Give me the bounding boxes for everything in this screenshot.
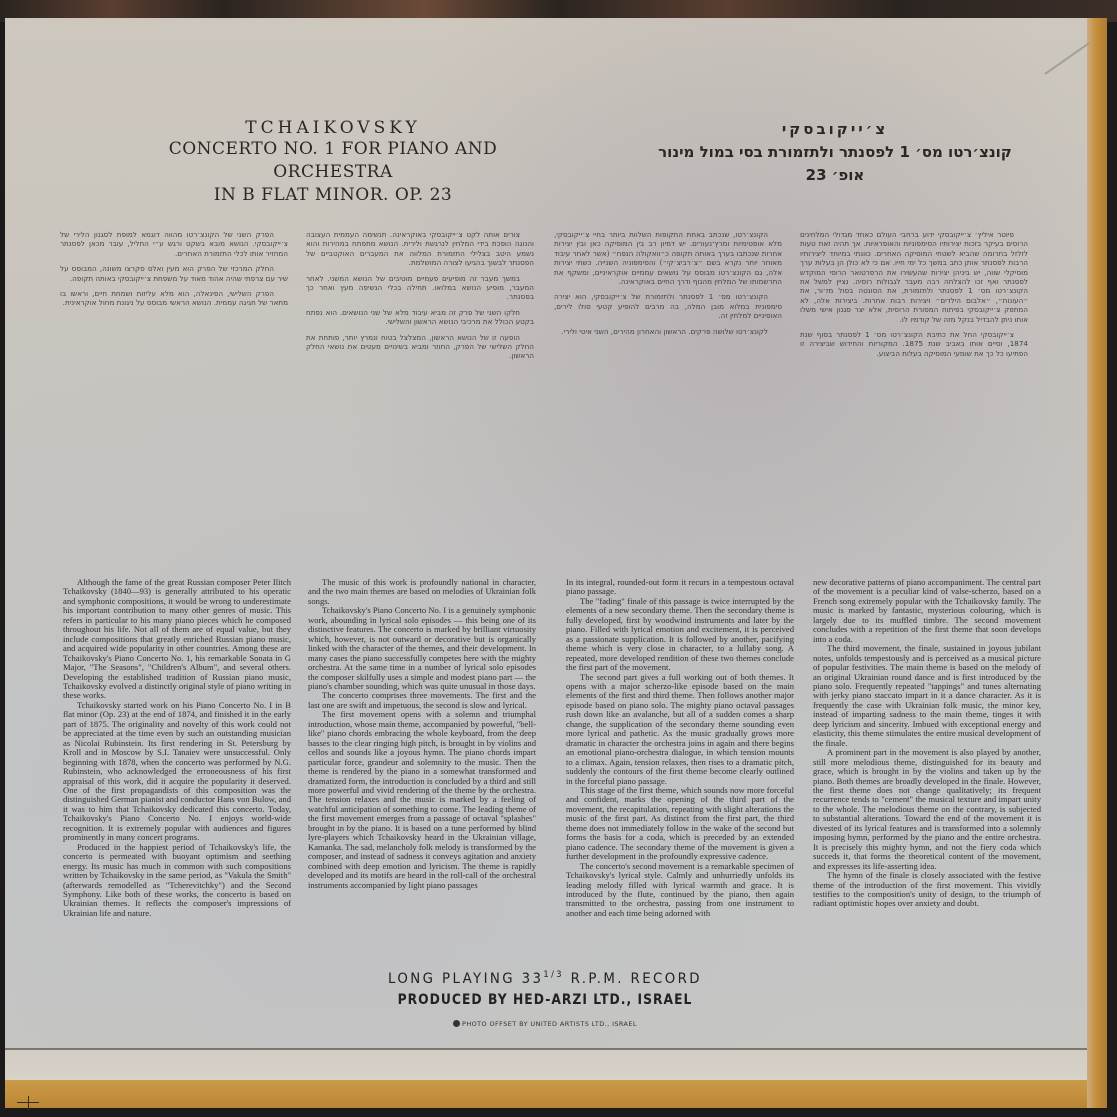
printed-panel: TCHAIKOVSKY CONCERTO NO. 1 FOR PIANO AND…	[5, 18, 1087, 1050]
hebrew-column-3: צורים אותה לקט צ׳ייקובסקי באוקראינה. תנש…	[306, 230, 534, 367]
hebrew-column-1: פיוטר איליץ׳ צ׳ייקובסקי ידוע ברחבי העולם…	[800, 230, 1028, 364]
english-paragraph: The concerto comprises three movements. …	[308, 691, 536, 710]
work-title-he: קונצ׳רטו מס׳ 1 לפסנתר ולתזמורת בסי במול …	[615, 141, 1055, 164]
hebrew-paragraph: לקונצ׳רטו שלושה פרקים. הראשון והאחרון מה…	[554, 327, 782, 336]
bottom-fold-strip	[5, 1050, 1087, 1082]
work-key-en: IN B FLAT MINOR. OP. 23	[113, 184, 553, 207]
english-paragraph: The concerto's second movement is a rema…	[566, 862, 794, 919]
printer-logo-icon	[453, 1020, 460, 1027]
english-paragraph: Although the fame of the great Russian c…	[63, 578, 291, 701]
english-paragraph: The first movement opens with a solemn a…	[308, 710, 536, 890]
producer-label: PRODUCED BY HED-ARZI LTD., ISRAEL	[367, 990, 724, 1010]
hebrew-paragraph: הקונצ׳רטו מס׳ 1 לפסנתר ולתזמורת של צ׳ייק…	[554, 292, 782, 320]
long-playing-label: LONG PLAYING 331/3 R.P.M. RECORD	[352, 964, 738, 990]
bottom-glue-flap	[5, 1080, 1107, 1108]
english-column-1: Although the fame of the great Russian c…	[63, 578, 291, 918]
hebrew-paragraph: הפרק השלישי, הפינאלה, הוא מלא עליזות ושמ…	[60, 289, 288, 308]
hebrew-paragraph: חלקו השני של פרק זה מביא עיבוד מלא של שנ…	[306, 308, 534, 327]
hebrew-paragraph: הופעה זו של הנושא הראשון, המצלצל בטוח ונ…	[306, 333, 534, 361]
english-paragraph: In its integral, rounded-out form it rec…	[566, 578, 794, 597]
hebrew-paragraph: צ׳ייקובסקי החל את כתיבת הקונצ׳רטו מס׳ 1 …	[800, 330, 1028, 358]
english-paragraph: new decorative patterns of piano accompa…	[813, 578, 1041, 644]
english-column-3: In its integral, rounded-out form it rec…	[566, 578, 794, 918]
registration-mark-icon	[17, 1096, 39, 1110]
english-paragraph: The "fading" finale of this passage is t…	[566, 597, 794, 673]
hebrew-paragraph: פיוטר איליץ׳ צ׳ייקובסקי ידוע ברחבי העולם…	[800, 230, 1028, 324]
english-paragraph: The third movement, the finale, sustaine…	[813, 644, 1041, 748]
english-paragraph: A prominent part in the movement is also…	[813, 748, 1041, 871]
composer-name-en: TCHAIKOVSKY	[113, 118, 553, 138]
work-opus-he: אופ׳ 23	[615, 164, 1055, 187]
hebrew-paragraph: צורים אותה לקט צ׳ייקובסקי באוקראינה. תנש…	[306, 230, 534, 268]
english-paragraph: Produced in the happiest period of Tchai…	[63, 843, 291, 919]
hebrew-column-2: הקונצ׳רטו, שנכתב באחת התקופות השלוות ביו…	[554, 230, 782, 342]
english-paragraph: Tchaikovsky's Piano Concerto No. I is a …	[308, 606, 536, 691]
english-paragraph: The music of this work is profoundly nat…	[308, 578, 536, 606]
english-column-2: The music of this work is profoundly nat…	[308, 578, 536, 890]
english-paragraph: The hymn of the finale is closely associ…	[813, 871, 1041, 909]
english-column-4: new decorative patterns of piano accompa…	[813, 578, 1041, 909]
english-paragraph: This stage of the first theme, which sou…	[566, 786, 794, 862]
hebrew-paragraph: במשך מעבר זה מופיעים פעמיים מוטיבים של ה…	[306, 274, 534, 302]
right-glue-flap	[1087, 18, 1107, 1108]
english-title-block: TCHAIKOVSKY CONCERTO NO. 1 FOR PIANO AND…	[113, 118, 553, 207]
record-jacket-back: TCHAIKOVSKY CONCERTO NO. 1 FOR PIANO AND…	[5, 18, 1107, 1108]
rpm-fraction: 1/3	[543, 970, 564, 980]
hebrew-paragraph: הקונצ׳רטו, שנכתב באחת התקופות השלוות ביו…	[554, 230, 782, 286]
hebrew-column-4: הפרק השני של הקונצ׳רטו מהווה דוגמא למופת…	[60, 230, 288, 314]
composer-name-he: צ׳ייקובסקי	[615, 118, 1055, 141]
print-credit: PHOTO OFFSET BY UNITED ARTISTS LTD., ISR…	[335, 1020, 755, 1028]
hebrew-paragraph: החלק המרכזי של הפרק הוא מעין ואלס סקרצו …	[60, 264, 288, 283]
english-paragraph: The second part gives a full working out…	[566, 673, 794, 786]
hebrew-title-block: צ׳ייקובסקי קונצ׳רטו מס׳ 1 לפסנתר ולתזמור…	[615, 118, 1055, 187]
work-title-en: CONCERTO NO. 1 FOR PIANO AND ORCHESTRA	[113, 138, 553, 184]
english-paragraph: Tchaikovsky started work on his Piano Co…	[63, 701, 291, 843]
record-footer: LONG PLAYING 331/3 R.P.M. RECORD PRODUCE…	[335, 964, 755, 1028]
hebrew-paragraph: הפרק השני של הקונצ׳רטו מהווה דוגמא למופת…	[60, 230, 288, 258]
